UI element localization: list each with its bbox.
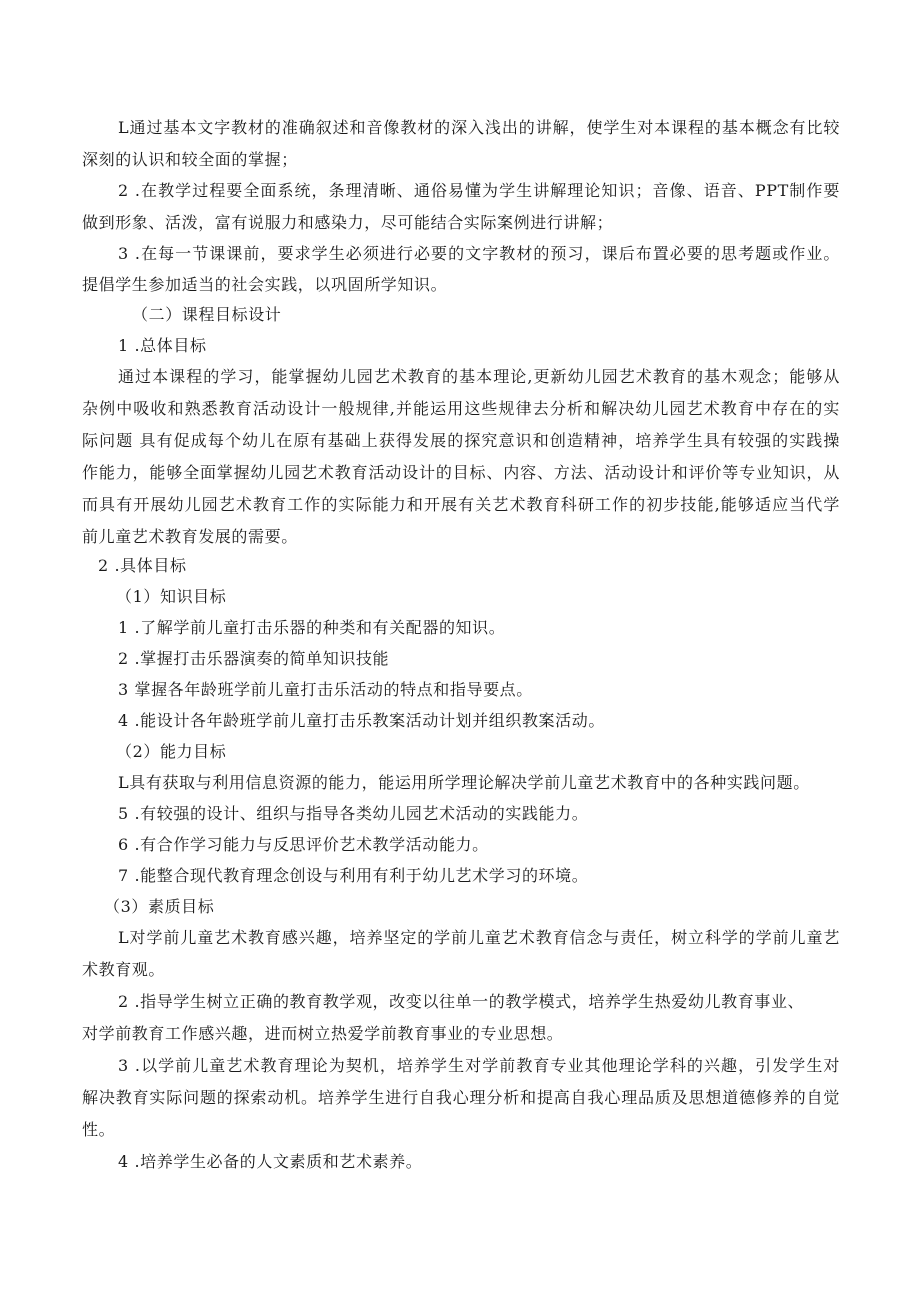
document-page: L通过基本文字教材的准确叙述和音像教材的深入浅出的讲解，使学生对本课程的基本概念… bbox=[0, 0, 920, 1301]
ability-goals-heading: （2）能力目标 bbox=[116, 742, 226, 762]
knowledge-goal-4: 4 .能设计各年龄班学前儿童打击乐教案活动计划并组织教案活动。 bbox=[118, 711, 605, 731]
overall-goal-line-1: 通过本课程的学习，能掌握幼儿园艺术教育的基本理论,更新幼儿园艺术教育的基木观念；… bbox=[118, 367, 840, 387]
method-item-3-line1: 3 .在每一节课课前，要求学生必须进行必要的文字教材的预习，课后布置必要的思考题… bbox=[118, 244, 840, 264]
overall-goal-heading: 1 .总体目标 bbox=[118, 336, 207, 356]
ability-goal-2: 5 .有较强的设计、组织与指导各类幼儿园艺术活动的实践能力。 bbox=[118, 804, 588, 824]
overall-goal-line-2: 杂例中吸收和熟悉教育活动设计一般规律,并能运用这些规律去分析和解决幼儿园艺术教育… bbox=[82, 399, 840, 419]
quality-goal-1-line1: L对学前儿童艺术教育感兴趣，培养坚定的学前儿童艺术教育信念与责任，树立科学的学前… bbox=[118, 928, 840, 948]
specific-goals-heading: 2 .具体目标 bbox=[98, 556, 187, 576]
ability-goal-4: 7 .能整合现代教育理念创设与利用有利于幼儿艺术学习的环境。 bbox=[118, 866, 588, 886]
ability-goal-3: 6 .有合作学习能力与反思评价艺术教学活动能力。 bbox=[118, 835, 489, 855]
knowledge-goal-2: 2 .掌握打击乐器演奏的简单知识技能 bbox=[118, 649, 389, 669]
method-item-1-line2: 深刻的认识和较全面的掌握； bbox=[82, 150, 298, 170]
ability-goal-1: L具有获取与利用信息资源的能力，能运用所学理论解决学前儿童艺术教育中的各种实践问… bbox=[118, 773, 810, 793]
overall-goal-line-3: 际问题 具有促成每个幼儿在原有基础上获得发展的探究意识和创造精神，培养学生具有较… bbox=[82, 431, 840, 451]
quality-goal-1-line2: 术教育观。 bbox=[82, 960, 165, 980]
knowledge-goal-1: 1 .了解学前儿童打击乐器的种类和有关配器的知识。 bbox=[118, 618, 505, 638]
quality-goal-2-line1: 2 .指导学生树立正确的教育教学观，改变以往单一的教学模式，培养学生热爱幼儿教育… bbox=[118, 992, 804, 1012]
method-item-2-line2: 做到形象、活泼，富有说服力和感染力，尽可能结合实际案例进行讲解； bbox=[82, 213, 613, 233]
method-item-2-line1: 2 .在教学过程要全面系统，条理清晰、通俗易懂为学生讲解理论知识；音像、语音、P… bbox=[118, 181, 840, 201]
quality-goal-2-line2: 对学前教育工作感兴趣，进而树立热爱学前教育事业的专业思想。 bbox=[82, 1024, 563, 1044]
quality-goal-4: 4 .培养学生必备的人文素质和艺术素养。 bbox=[118, 1152, 422, 1172]
knowledge-goal-3: 3 掌握各年龄班学前儿童打击乐活动的特点和指导要点。 bbox=[118, 680, 533, 700]
overall-goal-line-5: 而具有开展幼儿园艺术教育工作的实际能力和开展有关艺术教育科研工作的初步技能,能够… bbox=[82, 495, 840, 515]
overall-goal-line-6: 前儿童艺术教育发展的需要。 bbox=[82, 527, 298, 547]
quality-goal-3-line2: 解决教育实际问题的探索动机。培养学生进行自我心理分析和提高自我心理品质及思想道德… bbox=[82, 1088, 840, 1108]
overall-goal-line-4: 作能力，能够全面掌握幼儿园艺术教育活动设计的目标、内容、方法、活动设计和评价等专… bbox=[82, 463, 840, 483]
quality-goal-3-line1: 3 .以学前儿童艺术教育理论为契机，培养学生对学前教育专业其他理论学科的兴趣，引… bbox=[118, 1056, 840, 1076]
method-item-3-line2: 提倡学生参加适当的社会实践，以巩固所学知识。 bbox=[82, 275, 447, 295]
quality-goals-heading: （3）素质目标 bbox=[104, 897, 214, 917]
section-heading: （二）课程目标设计 bbox=[132, 305, 281, 325]
method-item-1-line1: L通过基本文字教材的准确叙述和音像教材的深入浅出的讲解，使学生对本课程的基本概念… bbox=[118, 118, 840, 138]
quality-goal-3-line3: 性。 bbox=[82, 1120, 115, 1140]
knowledge-goals-heading: （1）知识目标 bbox=[116, 587, 226, 607]
